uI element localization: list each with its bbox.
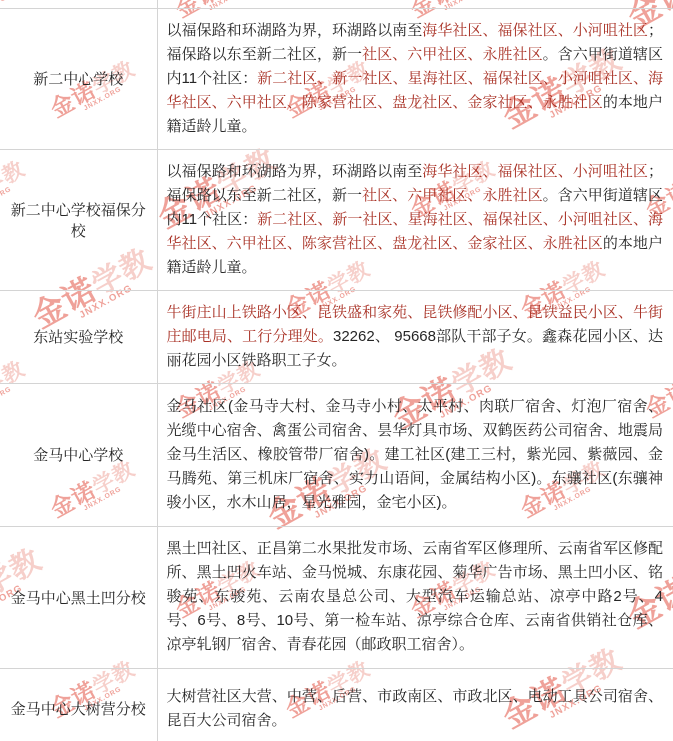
table-row: 金马中心学校金马社区(金马寺大村、金马寺小村、太平村、肉联厂宿舍、灯泡厂宿舍、光…	[0, 383, 673, 526]
district-text-cell: 金马社区(金马寺大村、金马寺小村、太平村、肉联厂宿舍、灯泡厂宿舍、光缆中心宿舍、…	[157, 383, 673, 526]
table-row: 新二中心学校以福保路和环湖路为界，环湖路以南至海华社区、福保社区、小河咀社区；福…	[0, 8, 673, 149]
stub-cell	[0, 0, 157, 8]
text-segment: 黑土凹社区、正昌第二水果批发市场、云南省军区修理所、云南省军区修配所、黑土凹火车…	[167, 540, 664, 653]
school-name-cell: 新二中心学校福保分校	[0, 149, 157, 290]
table-row: 金马中心黑土凹分校黑土凹社区、正昌第二水果批发市场、云南省军区修理所、云南省军区…	[0, 526, 673, 668]
highlighted-text-segment: 社区、六甲社区、永胜社区	[362, 187, 543, 204]
district-text-cell: 黑土凹社区、正昌第二水果批发市场、云南省军区修理所、云南省军区修配所、黑土凹火车…	[157, 526, 673, 668]
district-text-cell: 大树营社区大营、中营、后营、市政南区、市政北区、电动工具公司宿舍、昆百大公司宿舍…	[157, 668, 673, 741]
text-segment: 以福保路和环湖路为界，环湖路以南至	[167, 22, 423, 39]
text-segment: 金马社区(金马寺大村、金马寺小村、太平村、肉联厂宿舍、灯泡厂宿舍、光缆中心宿舍、…	[167, 398, 664, 511]
school-name-cell: 金马中心学校	[0, 383, 157, 526]
district-text-cell: 以福保路和环湖路为界，环湖路以南至海华社区、福保社区、小河咀社区；福保路以东至新…	[157, 149, 673, 290]
text-segment: 以福保路和环湖路为界，环湖路以南至	[167, 163, 423, 180]
text-segment: 大树营社区大营、中营、后营、市政南区、市政北区、电动工具公司宿舍、昆百大公司宿舍…	[167, 688, 664, 729]
district-text-cell: 以福保路和环湖路为界，环湖路以南至海华社区、福保社区、小河咀社区；福保路以东至新…	[157, 8, 673, 149]
stub-cell	[157, 0, 673, 8]
table-stub-row	[0, 0, 673, 8]
table-row: 金马中心大树营分校大树营社区大营、中营、后营、市政南区、市政北区、电动工具公司宿…	[0, 668, 673, 741]
page: 金诺学教JNXX.ORG金诺学教JNXX.ORG金诺学教JNXX.ORG金诺学教…	[0, 0, 673, 741]
school-name-cell: 新二中心学校	[0, 8, 157, 149]
highlighted-text-segment: 海华社区、福保社区、小河咀社区	[422, 22, 648, 39]
highlighted-text-segment: 海华社区、福保社区、小河咀社区	[422, 163, 648, 180]
school-name-cell: 金马中心大树营分校	[0, 668, 157, 741]
table-row: 东站实验学校牛街庄山上铁路小区、昆铁盛和家苑、昆铁修配小区、昆铁益民小区、牛街庄…	[0, 290, 673, 383]
highlighted-text-segment: 社区、六甲社区、永胜社区	[362, 46, 543, 63]
school-district-table: 新二中心学校以福保路和环湖路为界，环湖路以南至海华社区、福保社区、小河咀社区；福…	[0, 0, 673, 741]
district-text-cell: 牛街庄山上铁路小区、昆铁盛和家苑、昆铁修配小区、昆铁益民小区、牛街庄邮电局、工行…	[157, 290, 673, 383]
table-row: 新二中心学校福保分校以福保路和环湖路为界，环湖路以南至海华社区、福保社区、小河咀…	[0, 149, 673, 290]
school-name-cell: 金马中心黑土凹分校	[0, 526, 157, 668]
school-name-cell: 东站实验学校	[0, 290, 157, 383]
